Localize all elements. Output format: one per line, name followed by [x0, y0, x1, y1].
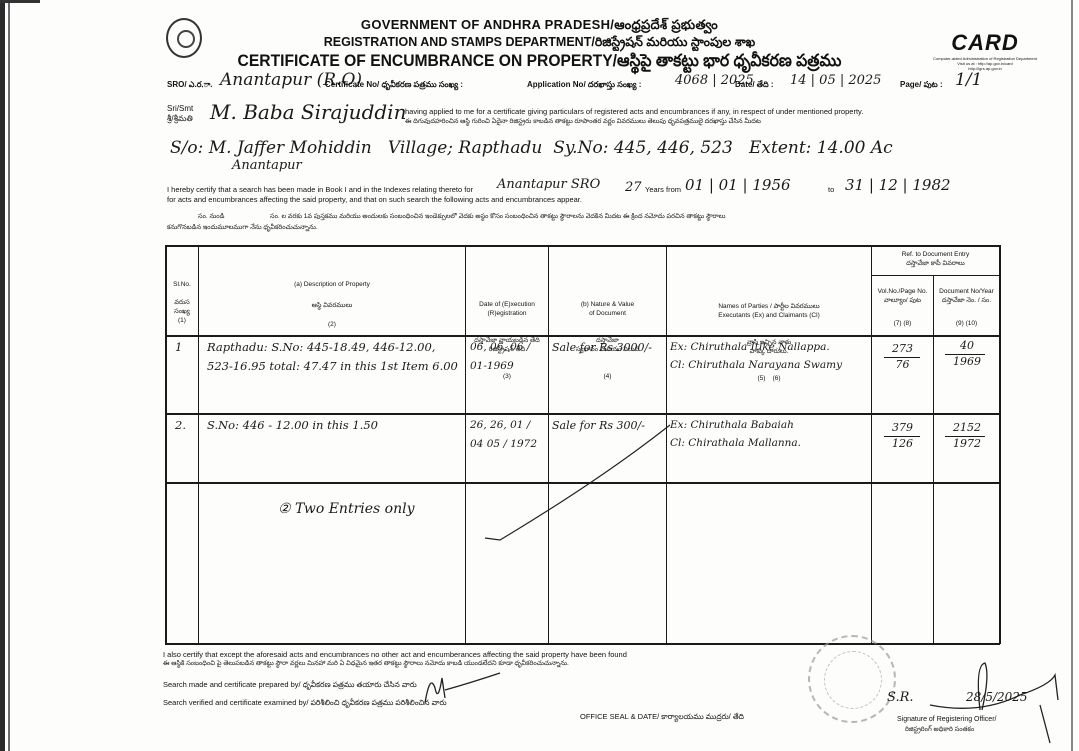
certify-text: I hereby certify that a search has been …: [167, 185, 473, 194]
ref-header: Ref. to Document Entry దస్తావేజా కాపీ వి…: [872, 250, 999, 268]
applied-text: having applied to me for a certificate g…: [405, 107, 950, 116]
certify-text-2: for acts and encumbrances affecting the …: [167, 195, 582, 204]
col-header-num: (1): [166, 316, 198, 325]
te-line-c: కనుగొనబడిన ఇందుమూలముగా నేను ధృవీకరించుచు…: [167, 224, 318, 233]
prepared-by-label: Search made and certificate prepared by/…: [163, 680, 417, 691]
cancel-stroke-icon: [480, 420, 680, 550]
search-place-above: Anantapur: [232, 158, 302, 173]
scan-edge-left-inner: [8, 0, 10, 751]
signature-label: Signature of Registering Officer/: [897, 716, 996, 723]
signature-label-te: రిజిస్ట్రరింగ్ అధికారి సంతకం: [905, 726, 974, 735]
col-header-num: (7) (8): [872, 319, 933, 328]
col-header-en: (b) Nature & Value of Document: [549, 300, 666, 318]
row-executant: Ex: Chiruthala Itike Nallappa.: [670, 338, 870, 357]
col-header-num: (4): [549, 372, 666, 381]
row-date: 06, 06, 06 / 01-1969: [470, 338, 546, 376]
to-label: to: [828, 185, 834, 194]
scan-edge-left: [0, 0, 5, 751]
applicant-name: M. Baba Sirajuddin: [210, 100, 406, 124]
card-logo-text: CARD: [930, 30, 1040, 56]
page-value: 1/1: [955, 70, 982, 90]
te-line-b: సం. ల వరకు 1వ పుస్తకము మరియు అందులకు సంబ…: [270, 213, 950, 222]
row-description: Rapthadu: S.No: 445-18.49, 446-12.00, 52…: [207, 338, 462, 376]
application-no-label: Application No/ దరఖాస్తు సంఖ్య :: [527, 80, 641, 91]
header-government: GOVERNMENT OF ANDHRA PRADESH/ఆంధ్రప్రదేశ…: [0, 17, 1079, 36]
document-title: CERTIFICATE OF ENCUMBRANCE ON PROPERTY/ఆ…: [43, 51, 1036, 75]
col-line-7: [999, 245, 1001, 644]
date-label: Date/ తేది :: [735, 80, 774, 91]
col-header-vol: Vol.No./Page No. వాల్యూం/ పుట (7) (8): [872, 287, 933, 328]
card-logo-link-2: http://igrs.ap.gov.in: [930, 66, 1040, 71]
row-1-bottom: [165, 413, 1000, 415]
also-certify-text: I also certify that except the aforesaid…: [163, 650, 627, 659]
col-header-docno: Document No/Year దస్తావేజా నెం. / సం. (9…: [934, 287, 999, 328]
ref-header-te: దస్తావేజా కాపీ వివరాలు: [872, 259, 999, 268]
col-header-en: Date of (E)xecution (R)egistration: [466, 300, 548, 318]
search-place: Anantapur SRO: [497, 177, 600, 192]
office-seal-label: OFFICE SEAL & DATE/ కార్యాలయము ముద్రరు/ …: [580, 712, 744, 723]
col-header-te: వాల్యూం/ పుట: [872, 296, 933, 305]
col-header-en: Names of Parties / పార్టీల వివరములు Exec…: [667, 302, 871, 320]
row-sl: 1: [175, 338, 182, 357]
col-header-te: ఆస్థి వివరములు: [199, 301, 465, 310]
row-page: 126: [875, 434, 930, 453]
col-header-en: (a) Description of Property: [199, 280, 465, 289]
date-value: 14 | 05 | 2025: [790, 73, 881, 88]
sro-label: SRO/ ఎ.ర.ా.: [167, 80, 213, 91]
row-claimant: Cl: Chiruthala Narayana Swamy: [670, 356, 870, 375]
years-value: 27: [625, 180, 642, 195]
row-sl: 2.: [175, 416, 186, 435]
row-doc-year: 1972: [936, 434, 998, 453]
applicant-label: Sri/Smt శ్రీ/శ్రీమతి: [167, 104, 193, 124]
from-date: 01 | 01 | 1956: [685, 176, 791, 194]
col-header-sl: Sl.No. వరుస సంఖ్య (1): [166, 280, 198, 325]
property-line: S/o: M. Jaffer Mohiddin Village; Rapthad…: [170, 138, 893, 158]
office-seal-stamp-icon: [808, 635, 896, 723]
row-description: S.No: 446 - 12.00 in this 1.50: [207, 416, 462, 435]
card-logo: CARD Computer-aided Administration of Re…: [930, 30, 1040, 71]
col-header-num: (2): [199, 320, 465, 329]
to-date: 31 | 12 | 1982: [845, 176, 951, 194]
col-header-en: Vol.No./Page No.: [872, 287, 933, 296]
row-page: 76: [875, 355, 930, 374]
years-from-label: Years from: [645, 185, 681, 194]
col-header-description: (a) Description of Property ఆస్థి వివరము…: [199, 280, 465, 329]
col-header-num: (5) (6): [667, 374, 871, 383]
entries-note: ② Two Entries only: [278, 500, 415, 519]
col-line-6: [933, 275, 934, 644]
applied-text-te: ఈ దిగువుదహరించిన ఆస్థి గురించి ఏదైనా రిజ…: [405, 118, 950, 127]
signature-initials: S.R.: [887, 690, 914, 705]
col-header-en: Sl.No.: [166, 280, 198, 289]
ref-header-divider: [871, 275, 1000, 276]
row-doc-year: 1969: [936, 352, 998, 371]
col-header-te: వరుస సంఖ్య: [166, 298, 198, 316]
col-header-en: Document No/Year: [934, 287, 999, 296]
scan-edge-right: [1071, 0, 1073, 751]
verified-by-label: Search verified and certificate examined…: [163, 698, 447, 709]
row-nature: Sale for Rs 3000/-: [552, 338, 667, 357]
table-border-top: [165, 245, 1000, 247]
signature-date: 28/5/2025: [966, 690, 1028, 704]
certificate-no-label: Certificate No/ ధృవీకరణ పత్రము సంఖ్య :: [325, 80, 463, 91]
ref-header-en: Ref. to Document Entry: [872, 250, 999, 259]
scan-edge-top: [0, 0, 40, 3]
col-header-te: దస్తావేజా నెం. / సం.: [934, 296, 999, 305]
page-label: Page/ పుట :: [900, 80, 943, 91]
col-header-num: (9) (10): [934, 319, 999, 328]
te-line-a: సం. నుండి: [198, 213, 224, 222]
row-executant: Ex: Chiruthala Babaiah: [670, 416, 870, 435]
row-claimant: Cl: Chirathala Mallanna.: [670, 434, 870, 453]
